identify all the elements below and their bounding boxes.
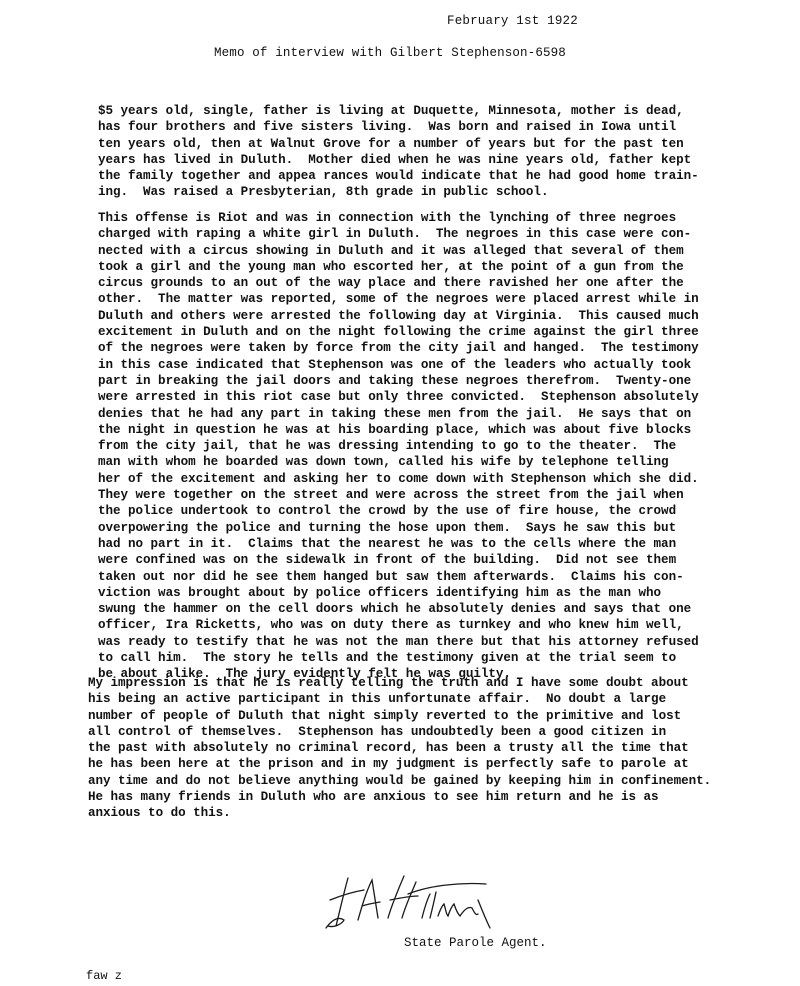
typist-initials: faw z	[86, 969, 122, 983]
text-line: the family together and appea rances wou…	[98, 168, 798, 184]
text-line: ten years old, then at Walnut Grove for …	[98, 136, 798, 152]
text-line: years has lived in Duluth. Mother died w…	[98, 152, 798, 168]
text-line: circus grounds to an out of the way plac…	[98, 275, 798, 291]
text-line: part in breaking the jail doors and taki…	[98, 373, 798, 389]
text-line: viction was brought about by police offi…	[98, 585, 798, 601]
memo-title: Memo of interview with Gilbert Stephenso…	[214, 46, 566, 60]
text-line: he has been here at the prison and in my…	[88, 756, 788, 772]
text-line: all control of themselves. Stephenson ha…	[88, 724, 788, 740]
text-line: denies that he had any part in taking th…	[98, 406, 798, 422]
text-line: overpowering the police and turning the …	[98, 520, 798, 536]
text-line: This offense is Riot and was in connecti…	[98, 210, 798, 226]
text-line: He has many friends in Duluth who are an…	[88, 789, 788, 805]
text-line: officer, Ira Ricketts, who was on duty t…	[98, 617, 798, 633]
text-line: to call him. The story he tells and the …	[98, 650, 798, 666]
text-line: her of the excitement and asking her to …	[98, 471, 798, 487]
text-line: My impression is that he is really telli…	[88, 675, 788, 691]
text-line: swung the hammer on the cell doors which…	[98, 601, 798, 617]
text-line: of the negroes were taken by force from …	[98, 340, 798, 356]
text-line: his being an active participant in this …	[88, 691, 788, 707]
text-line: took a girl and the young man who escort…	[98, 259, 798, 275]
text-line: man with whom he boarded was down town, …	[98, 454, 798, 470]
text-line: had no part in it. Claims that the neare…	[98, 536, 798, 552]
text-line: from the city jail, that he was dressing…	[98, 438, 798, 454]
text-line: the police undertook to control the crow…	[98, 503, 798, 519]
text-line: anxious to do this.	[88, 805, 788, 821]
text-line: has four brothers and five sisters livin…	[98, 119, 798, 135]
text-line: was ready to testify that he was not the…	[98, 634, 798, 650]
text-line: nected with a circus showing in Duluth a…	[98, 243, 798, 259]
text-line: They were together on the street and wer…	[98, 487, 798, 503]
text-line: in this case indicated that Stephenson w…	[98, 357, 798, 373]
paragraph-offense: This offense is Riot and was in connecti…	[98, 210, 798, 683]
paragraph-impression: My impression is that he is really telli…	[88, 675, 788, 822]
text-line: any time and do not believe anything wou…	[88, 773, 788, 789]
text-line: $5 years old, single, father is living a…	[98, 103, 798, 119]
text-line: Duluth and others were arrested the foll…	[98, 308, 798, 324]
text-line: excitement in Duluth and on the night fo…	[98, 324, 798, 340]
paragraph-background: $5 years old, single, father is living a…	[98, 103, 798, 201]
text-line: were arrested in this riot case but only…	[98, 389, 798, 405]
handwritten-signature	[318, 870, 538, 932]
text-line: other. The matter was reported, some of …	[98, 291, 798, 307]
text-line: the past with absolutely no criminal rec…	[88, 740, 788, 756]
text-line: number of people of Duluth that night si…	[88, 708, 788, 724]
signer-title: State Parole Agent.	[404, 936, 547, 950]
text-line: taken out nor did he see them hanged but…	[98, 569, 798, 585]
text-line: charged with raping a white girl in Dulu…	[98, 226, 798, 242]
text-line: ing. Was raised a Presbyterian, 8th grad…	[98, 184, 798, 200]
memo-date: February 1st 1922	[447, 14, 578, 28]
text-line: the night in question he was at his boar…	[98, 422, 798, 438]
text-line: were confined was on the sidewalk in fro…	[98, 552, 798, 568]
